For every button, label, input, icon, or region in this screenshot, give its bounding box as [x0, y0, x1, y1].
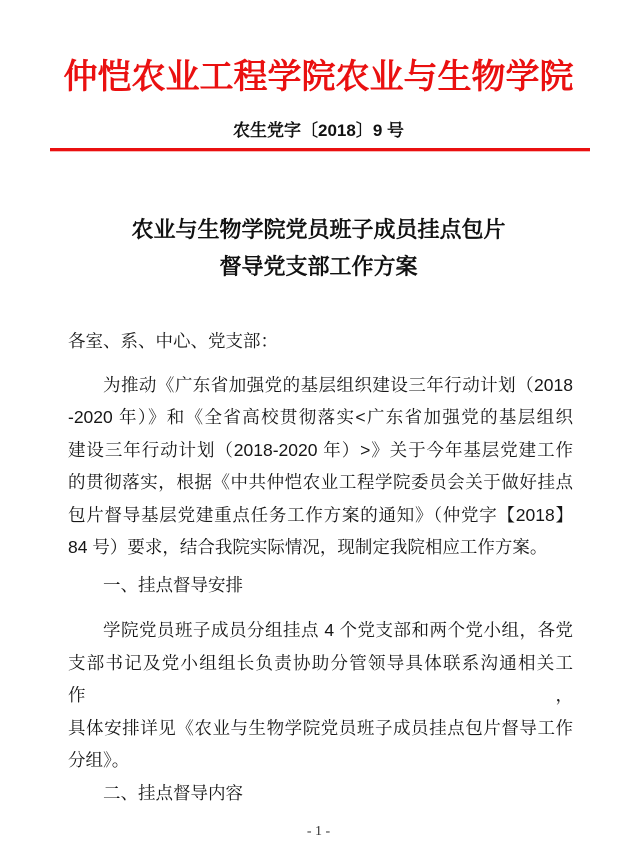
paragraph-line: 的贯彻落实，根据《中共仲恺农业工程学院委员会关于做好挂点	[68, 466, 573, 499]
doc-title-line2: 督导党支部工作方案	[0, 248, 637, 285]
org-title: 仲恺农业工程学院农业与生物学院	[0, 0, 637, 99]
paragraph-line: 84 号）要求，结合我院实际情况，现制定我院相应工作方案。	[68, 531, 573, 564]
paragraph-line: 包片督导基层党建重点任务工作方案的通知》（仲党字【2018】	[68, 499, 573, 532]
paragraph-2: 学院党员班子成员分组挂点 4 个党支部和两个党小组，各党 支部书记及党小组组长负…	[68, 614, 573, 777]
paragraph-1: 为推动《广东省加强党的基层组织建设三年行动计划（2018 -2020 年）》和《…	[68, 369, 573, 564]
paragraph-line: 分组》。	[68, 744, 573, 777]
paragraph-line: 具体安排详见《农业与生物学院党员班子成员挂点包片督导工作	[68, 712, 573, 745]
paragraph-line: 支部书记及党小组组长负责协助分管领导具体联系沟通相关工作，	[68, 647, 573, 712]
doc-title: 农业与生物学院党员班子成员挂点包片 督导党支部工作方案	[0, 211, 637, 285]
page-number: - 1 -	[0, 822, 637, 842]
section-heading-1: 一、挂点督导安排	[68, 569, 573, 602]
paragraph-line: 建设三年行动计划（2018-2020 年）>》关于今年基层党建工作	[68, 434, 573, 467]
red-header-divider	[50, 148, 590, 151]
doc-title-line1: 农业与生物学院党员班子成员挂点包片	[0, 211, 637, 248]
salutation: 各室、系、中心、党支部：	[68, 325, 573, 358]
section-heading-2: 二、挂点督导内容	[68, 777, 573, 810]
paragraph-line: -2020 年）》和《全省高校贯彻落实<广东省加强党的基层组织	[68, 401, 573, 434]
doc-number: 农生党字〔2018〕9 号	[0, 120, 637, 142]
paragraph-line: 学院党员班子成员分组挂点 4 个党支部和两个党小组，各党	[68, 614, 573, 647]
paragraph-line: 为推动《广东省加强党的基层组织建设三年行动计划（2018	[68, 369, 573, 402]
document-page: 仲恺农业工程学院农业与生物学院 农生党字〔2018〕9 号 农业与生物学院党员班…	[0, 0, 637, 858]
document-body: 各室、系、中心、党支部： 为推动《广东省加强党的基层组织建设三年行动计划（201…	[68, 325, 573, 809]
